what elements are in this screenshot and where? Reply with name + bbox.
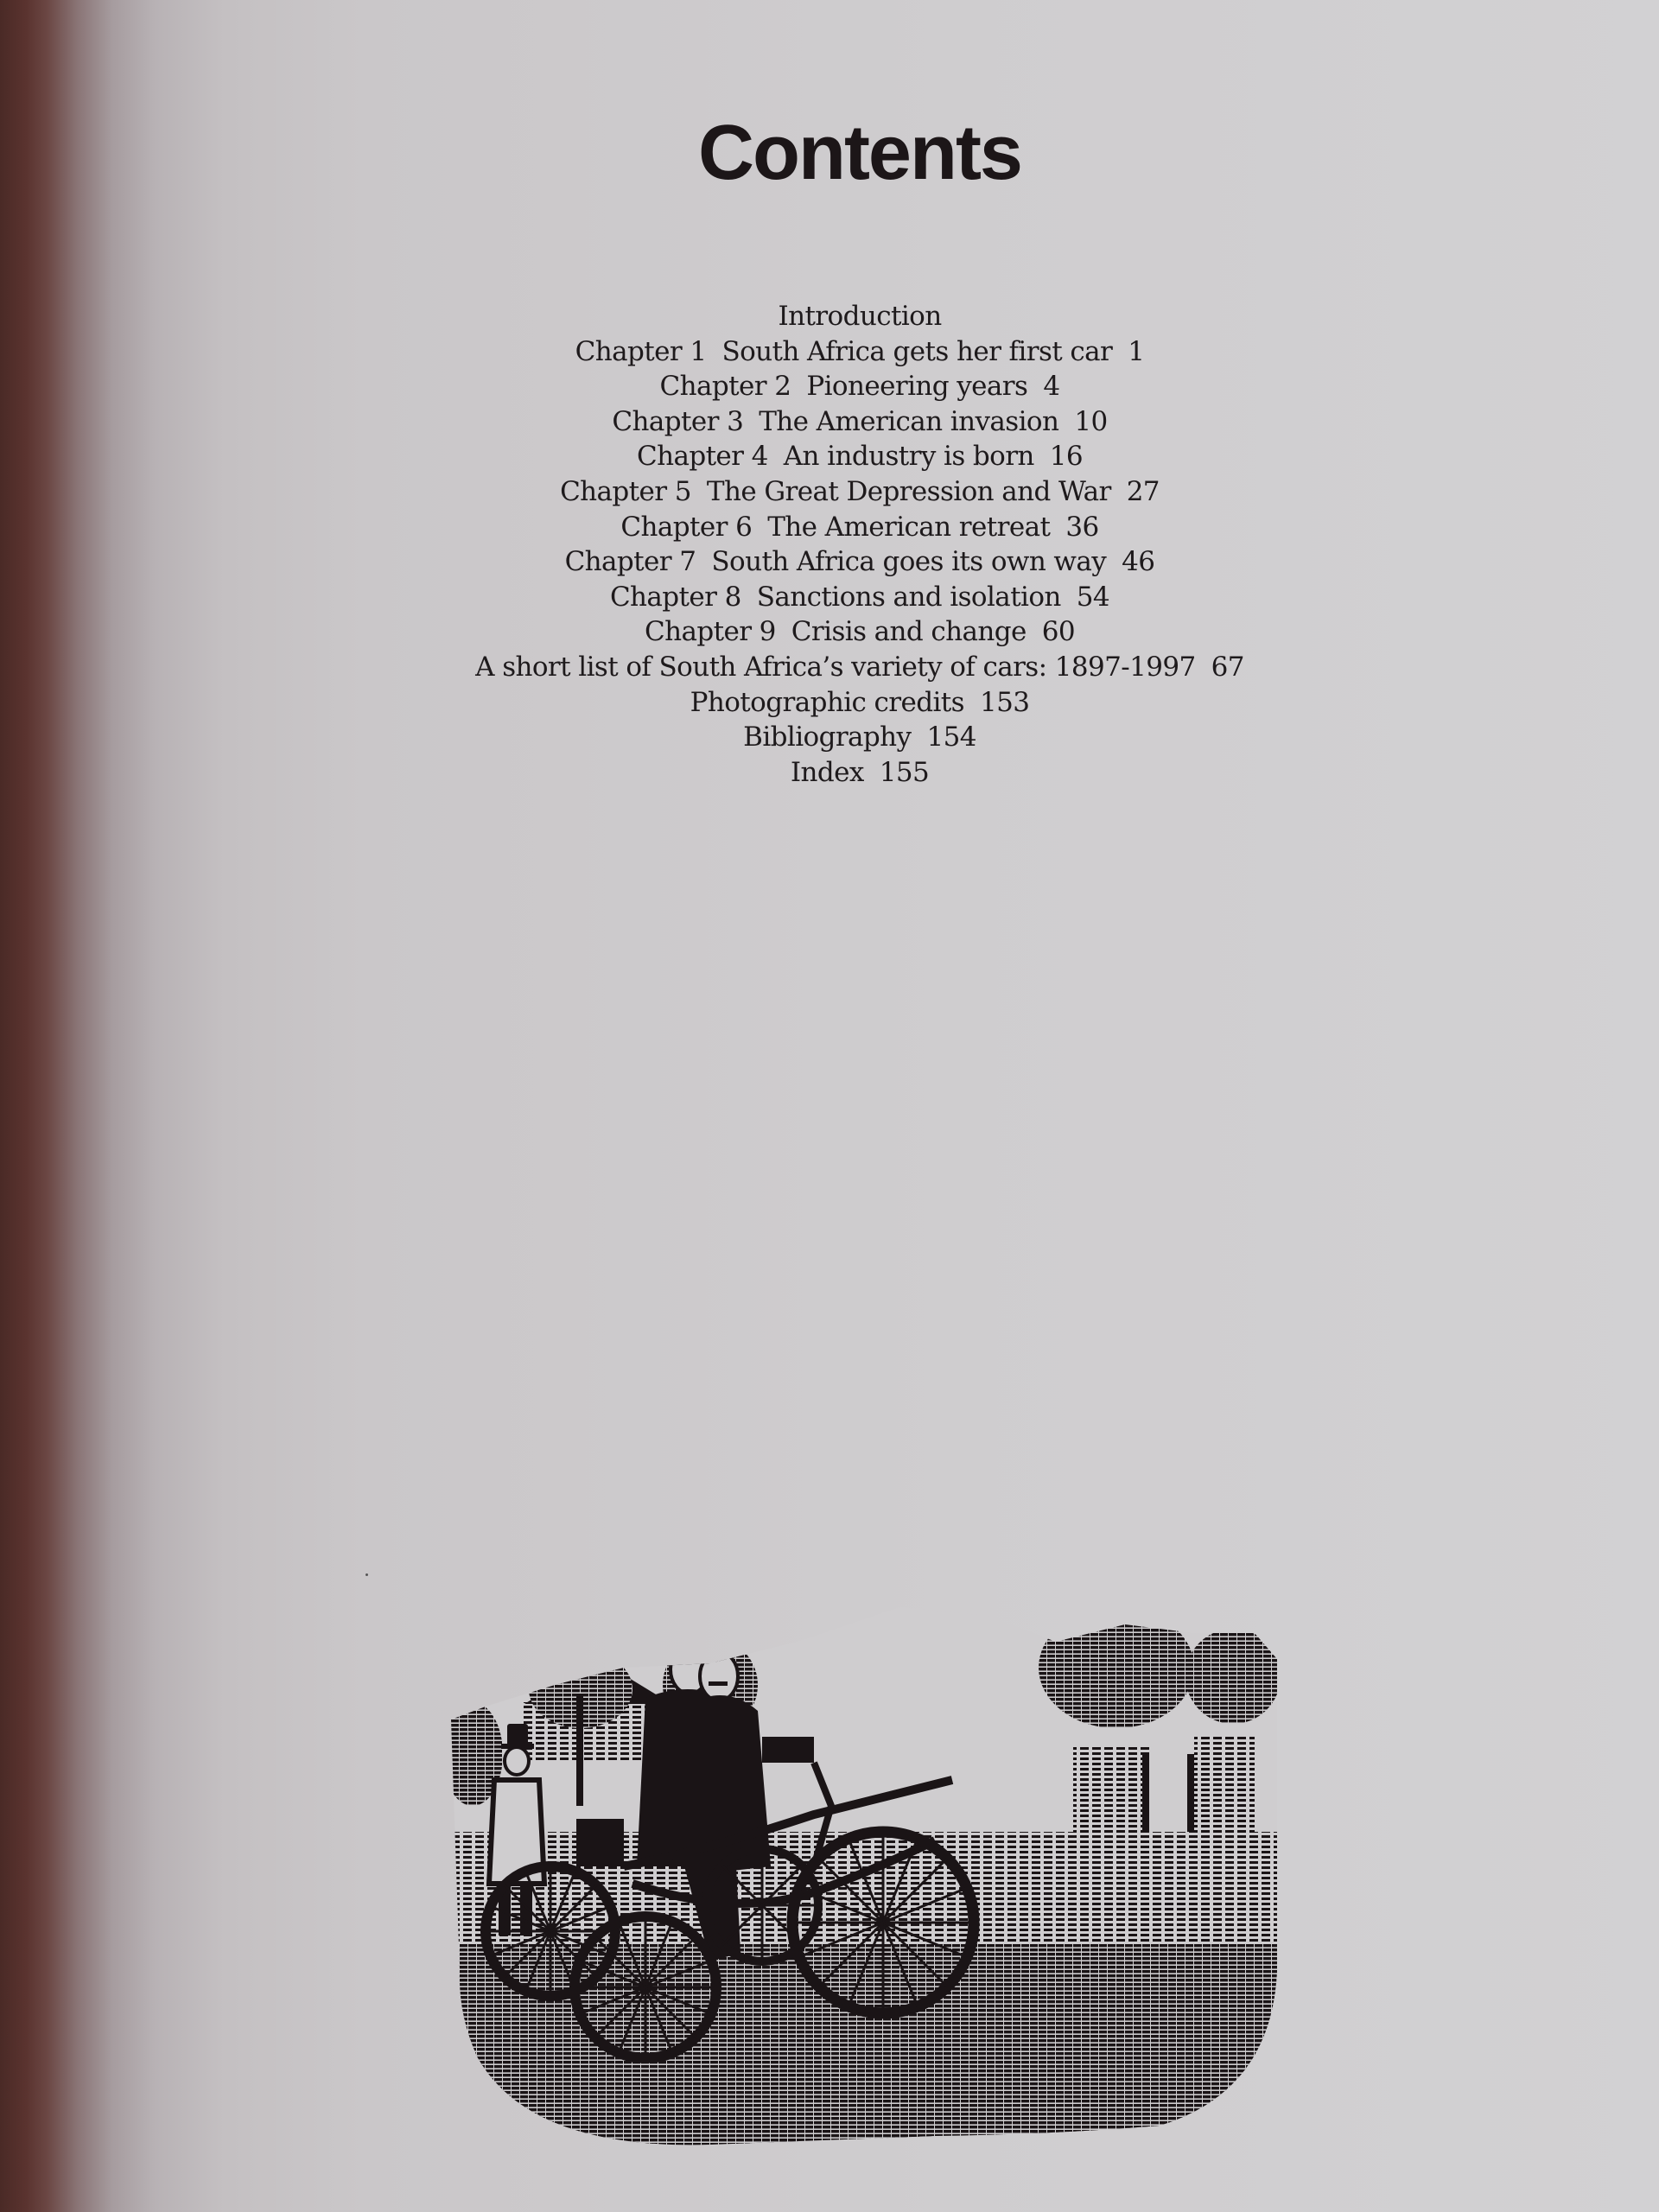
- toc-entry-index: Index155: [0, 755, 1659, 791]
- toc-entry-chapter-3: Chapter 3The American invasion10: [0, 404, 1659, 440]
- toc-entry-label: Chapter 7: [565, 546, 696, 577]
- toc-entry-chapter-6: Chapter 6The American retreat36: [0, 510, 1659, 545]
- toc-entry-page: 54: [1077, 582, 1109, 613]
- toc-entry-introduction: Introduction: [0, 299, 1659, 334]
- toc-entry-page: 153: [980, 687, 1029, 718]
- toc-entry-title: The Great Depression and War: [707, 476, 1111, 507]
- toc-entry-page: 67: [1211, 652, 1244, 683]
- toc-entry-title: Pioneering years: [806, 371, 1027, 402]
- toc-entry-label: Bibliography: [743, 721, 911, 753]
- toc-entry-label: A short list of South Africa’s variety o…: [475, 652, 1195, 683]
- toc-entry-label: Chapter 1: [575, 336, 707, 367]
- toc-entry-chapter-8: Chapter 8Sanctions and isolation54: [0, 580, 1659, 615]
- rear-right-wheel: [792, 1832, 974, 2013]
- table-of-contents: Introduction Chapter 1South Africa gets …: [0, 299, 1659, 790]
- page-title: Contents: [0, 114, 1659, 192]
- toc-entry-label: Index: [791, 757, 864, 788]
- toc-entry-chapter-4: Chapter 4An industry is born16: [0, 439, 1659, 474]
- toc-entry-page: 154: [926, 721, 976, 753]
- toc-entry-label: Photographic credits: [690, 687, 964, 718]
- toc-entry-chapter-9: Chapter 9Crisis and change60: [0, 614, 1659, 650]
- toc-entry-label: Chapter 9: [645, 616, 776, 647]
- toc-entry-title: The American retreat: [767, 512, 1050, 543]
- toc-entry-page: 1: [1128, 336, 1144, 367]
- toc-entry-page: 27: [1127, 476, 1160, 507]
- toc-entry-page: 60: [1042, 616, 1075, 647]
- toc-entry-chapter-1: Chapter 1South Africa gets her first car…: [0, 334, 1659, 370]
- toc-entry-title: The American invasion: [759, 406, 1058, 437]
- toc-entry-chapter-7: Chapter 7South Africa goes its own way46: [0, 544, 1659, 580]
- toc-entry-car-list: A short list of South Africa’s variety o…: [0, 650, 1659, 685]
- toc-entry-title: South Africa gets her first car: [721, 336, 1112, 367]
- vintage-car-engraving: [451, 1607, 1277, 2150]
- toc-entry-label: Chapter 5: [560, 476, 691, 507]
- toc-entry-title: An industry is born: [784, 441, 1034, 472]
- toc-entry-page: 10: [1074, 406, 1107, 437]
- toc-entry-title: South Africa goes its own way: [711, 546, 1106, 577]
- toc-entry-chapter-2: Chapter 2Pioneering years4: [0, 369, 1659, 404]
- toc-entry-label: Chapter 3: [612, 406, 743, 437]
- toc-entry-title: Crisis and change: [791, 616, 1027, 647]
- toc-entry-label: Introduction: [778, 301, 941, 332]
- engraving-content: [451, 1607, 1277, 2150]
- toc-entry-photographic-credits: Photographic credits153: [0, 685, 1659, 721]
- toc-entry-title: Sanctions and isolation: [757, 582, 1061, 613]
- toc-entry-page: 16: [1050, 441, 1083, 472]
- rear-left-wheel: [706, 1849, 818, 1961]
- toc-entry-page: 36: [1065, 512, 1098, 543]
- toc-entry-page: 46: [1122, 546, 1154, 577]
- toc-entry-page: 155: [880, 757, 929, 788]
- toc-entry-label: Chapter 8: [610, 582, 741, 613]
- book-page: Contents Introduction Chapter 1South Afr…: [0, 0, 1659, 2212]
- toc-entry-page: 4: [1043, 371, 1059, 402]
- front-right-wheel: [575, 1916, 716, 2058]
- toc-entry-chapter-5: Chapter 5The Great Depression and War27: [0, 474, 1659, 510]
- toc-entry-label: Chapter 4: [637, 441, 768, 472]
- dust-speck: [365, 1573, 368, 1576]
- toc-entry-label: Chapter 6: [620, 512, 752, 543]
- toc-entry-bibliography: Bibliography154: [0, 720, 1659, 755]
- toc-entry-label: Chapter 2: [660, 371, 791, 402]
